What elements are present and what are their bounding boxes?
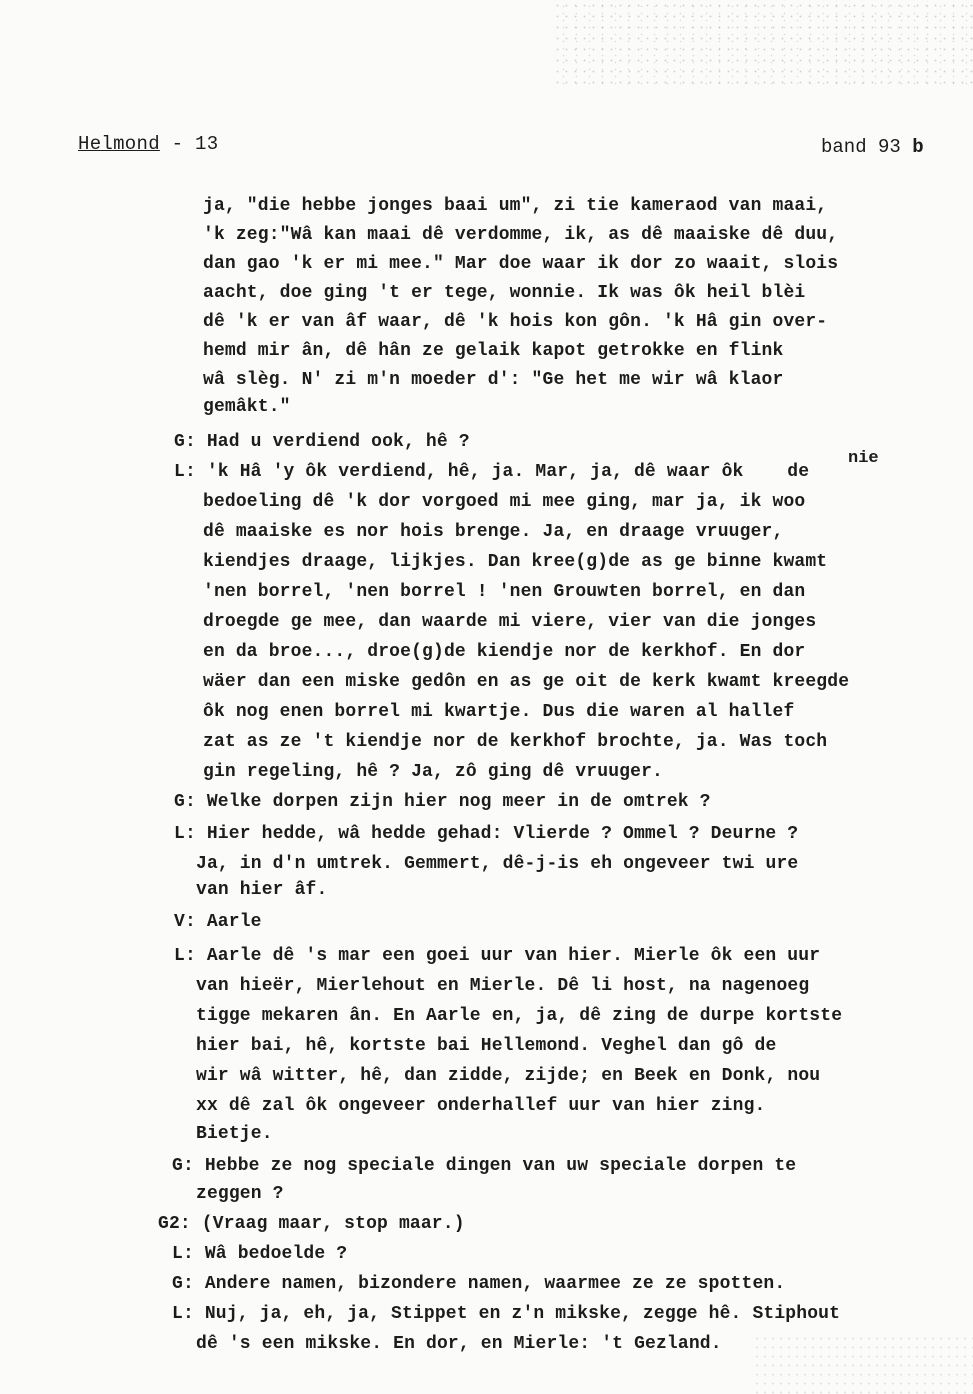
transcript-line: van hieër, Mierlehout en Mierle. Dê li h… [196,974,809,998]
scan-noise [553,0,973,90]
speaker-turn-g: G: Hebbe ze nog speciale dingen van uw s… [172,1154,796,1178]
transcript-line: dê maaiske es nor hois brenge. Ja, en dr… [203,520,783,544]
transcript-line: 'nen borrel, 'nen borrel ! 'nen Grouwten… [203,580,805,604]
transcript-line: hier bai, hê, kortste bai Hellemond. Veg… [196,1034,776,1058]
speaker-turn-l: L: Aarle dê 's mar een goei uur van hier… [174,944,820,968]
transcript-line: gin regeling, hê ? Ja, zô ging dê vruuge… [203,760,663,784]
page-header-tape: band 93 b [821,136,924,158]
speaker-turn-g: G: Had u verdiend ook, hê ? [174,430,470,454]
speaker-turn-g: G: Andere namen, bizondere namen, waarme… [172,1272,785,1296]
speaker-turn-l: L: Nuj, ja, eh, ja, Stippet en z'n miksk… [172,1302,840,1326]
overstrike-insertion: nie [848,449,879,468]
speaker-turn-l: L: 'k Hâ 'y ôk verdiend, hê, ja. Mar, ja… [174,460,809,484]
transcript-line: droegde ge mee, dan waarde mi viere, vie… [203,610,816,634]
transcript-line: ôk nog enen borrel mi kwartje. Dus die w… [203,700,794,724]
transcript-line: wâ slèg. N' zi m'n moeder d': "Ge het me… [203,368,783,392]
header-separator: - [160,133,195,155]
page-number: 13 [195,133,218,155]
speaker-turn-l: L: Wâ bedoelde ? [172,1242,347,1266]
transcript-line: hemd mir ân, dê hân ze gelaik kapot getr… [203,339,783,363]
transcript-line: aacht, doe ging 't er tege, wonnie. Ik w… [203,281,805,305]
transcript-line: dan gao 'k er mi mee." Mar doe waar ik d… [203,252,838,276]
transcript-line: zeggen ? [196,1182,284,1206]
transcript-line: zat as ze 't kiendje nor de kerkhof broc… [203,730,827,754]
transcript-line: ja, "die hebbe jonges baai um", zi tie k… [203,194,827,218]
transcript-line: xx dê zal ôk ongeveer onderhallef uur va… [196,1094,766,1118]
transcript-line: bedoeling dê 'k dor vorgoed mi mee ging,… [203,490,805,514]
transcript-line: dê 's een mikske. En dor, en Mierle: 't … [196,1332,722,1356]
speaker-turn-g: G: Welke dorpen zijn hier nog meer in de… [174,790,711,814]
speaker-turn-l: L: Hier hedde, wâ hedde gehad: Vlierde ?… [174,822,798,846]
transcript-line: gemâkt." [203,395,291,419]
transcript-line: tigge mekaren ân. En Aarle en, ja, dê zi… [196,1004,842,1028]
transcript-line: 'k zeg:"Wâ kan maai dê verdomme, ik, as … [203,223,838,247]
page-header-location: Helmond - 13 [78,133,218,155]
tape-label: band 93 [821,136,901,158]
transcript-line: wäer dan een miske gedôn en as ge oit de… [203,670,849,694]
speaker-turn-v: V: Aarle [174,910,262,934]
transcript-line: Ja, in d'n umtrek. Gemmert, dê-j-is eh o… [196,852,798,876]
transcript-line: Bietje. [196,1122,273,1146]
location-name: Helmond [78,133,160,155]
transcript-line: en da broe..., droe(g)de kiendje nor de … [203,640,805,664]
transcript-line: kiendjes draage, lijkjes. Dan kree(g)de … [203,550,827,574]
scan-noise [753,1334,973,1394]
tape-side: b [912,136,923,158]
transcript-line: wir wâ witter, hê, dan zidde, zijde; en … [196,1064,820,1088]
transcript-line: van hier âf. [196,878,327,902]
transcript-line: dê 'k er van âf waar, dê 'k hois kon gôn… [203,310,827,334]
speaker-turn-g2: G2: (Vraag maar, stop maar.) [158,1212,465,1236]
